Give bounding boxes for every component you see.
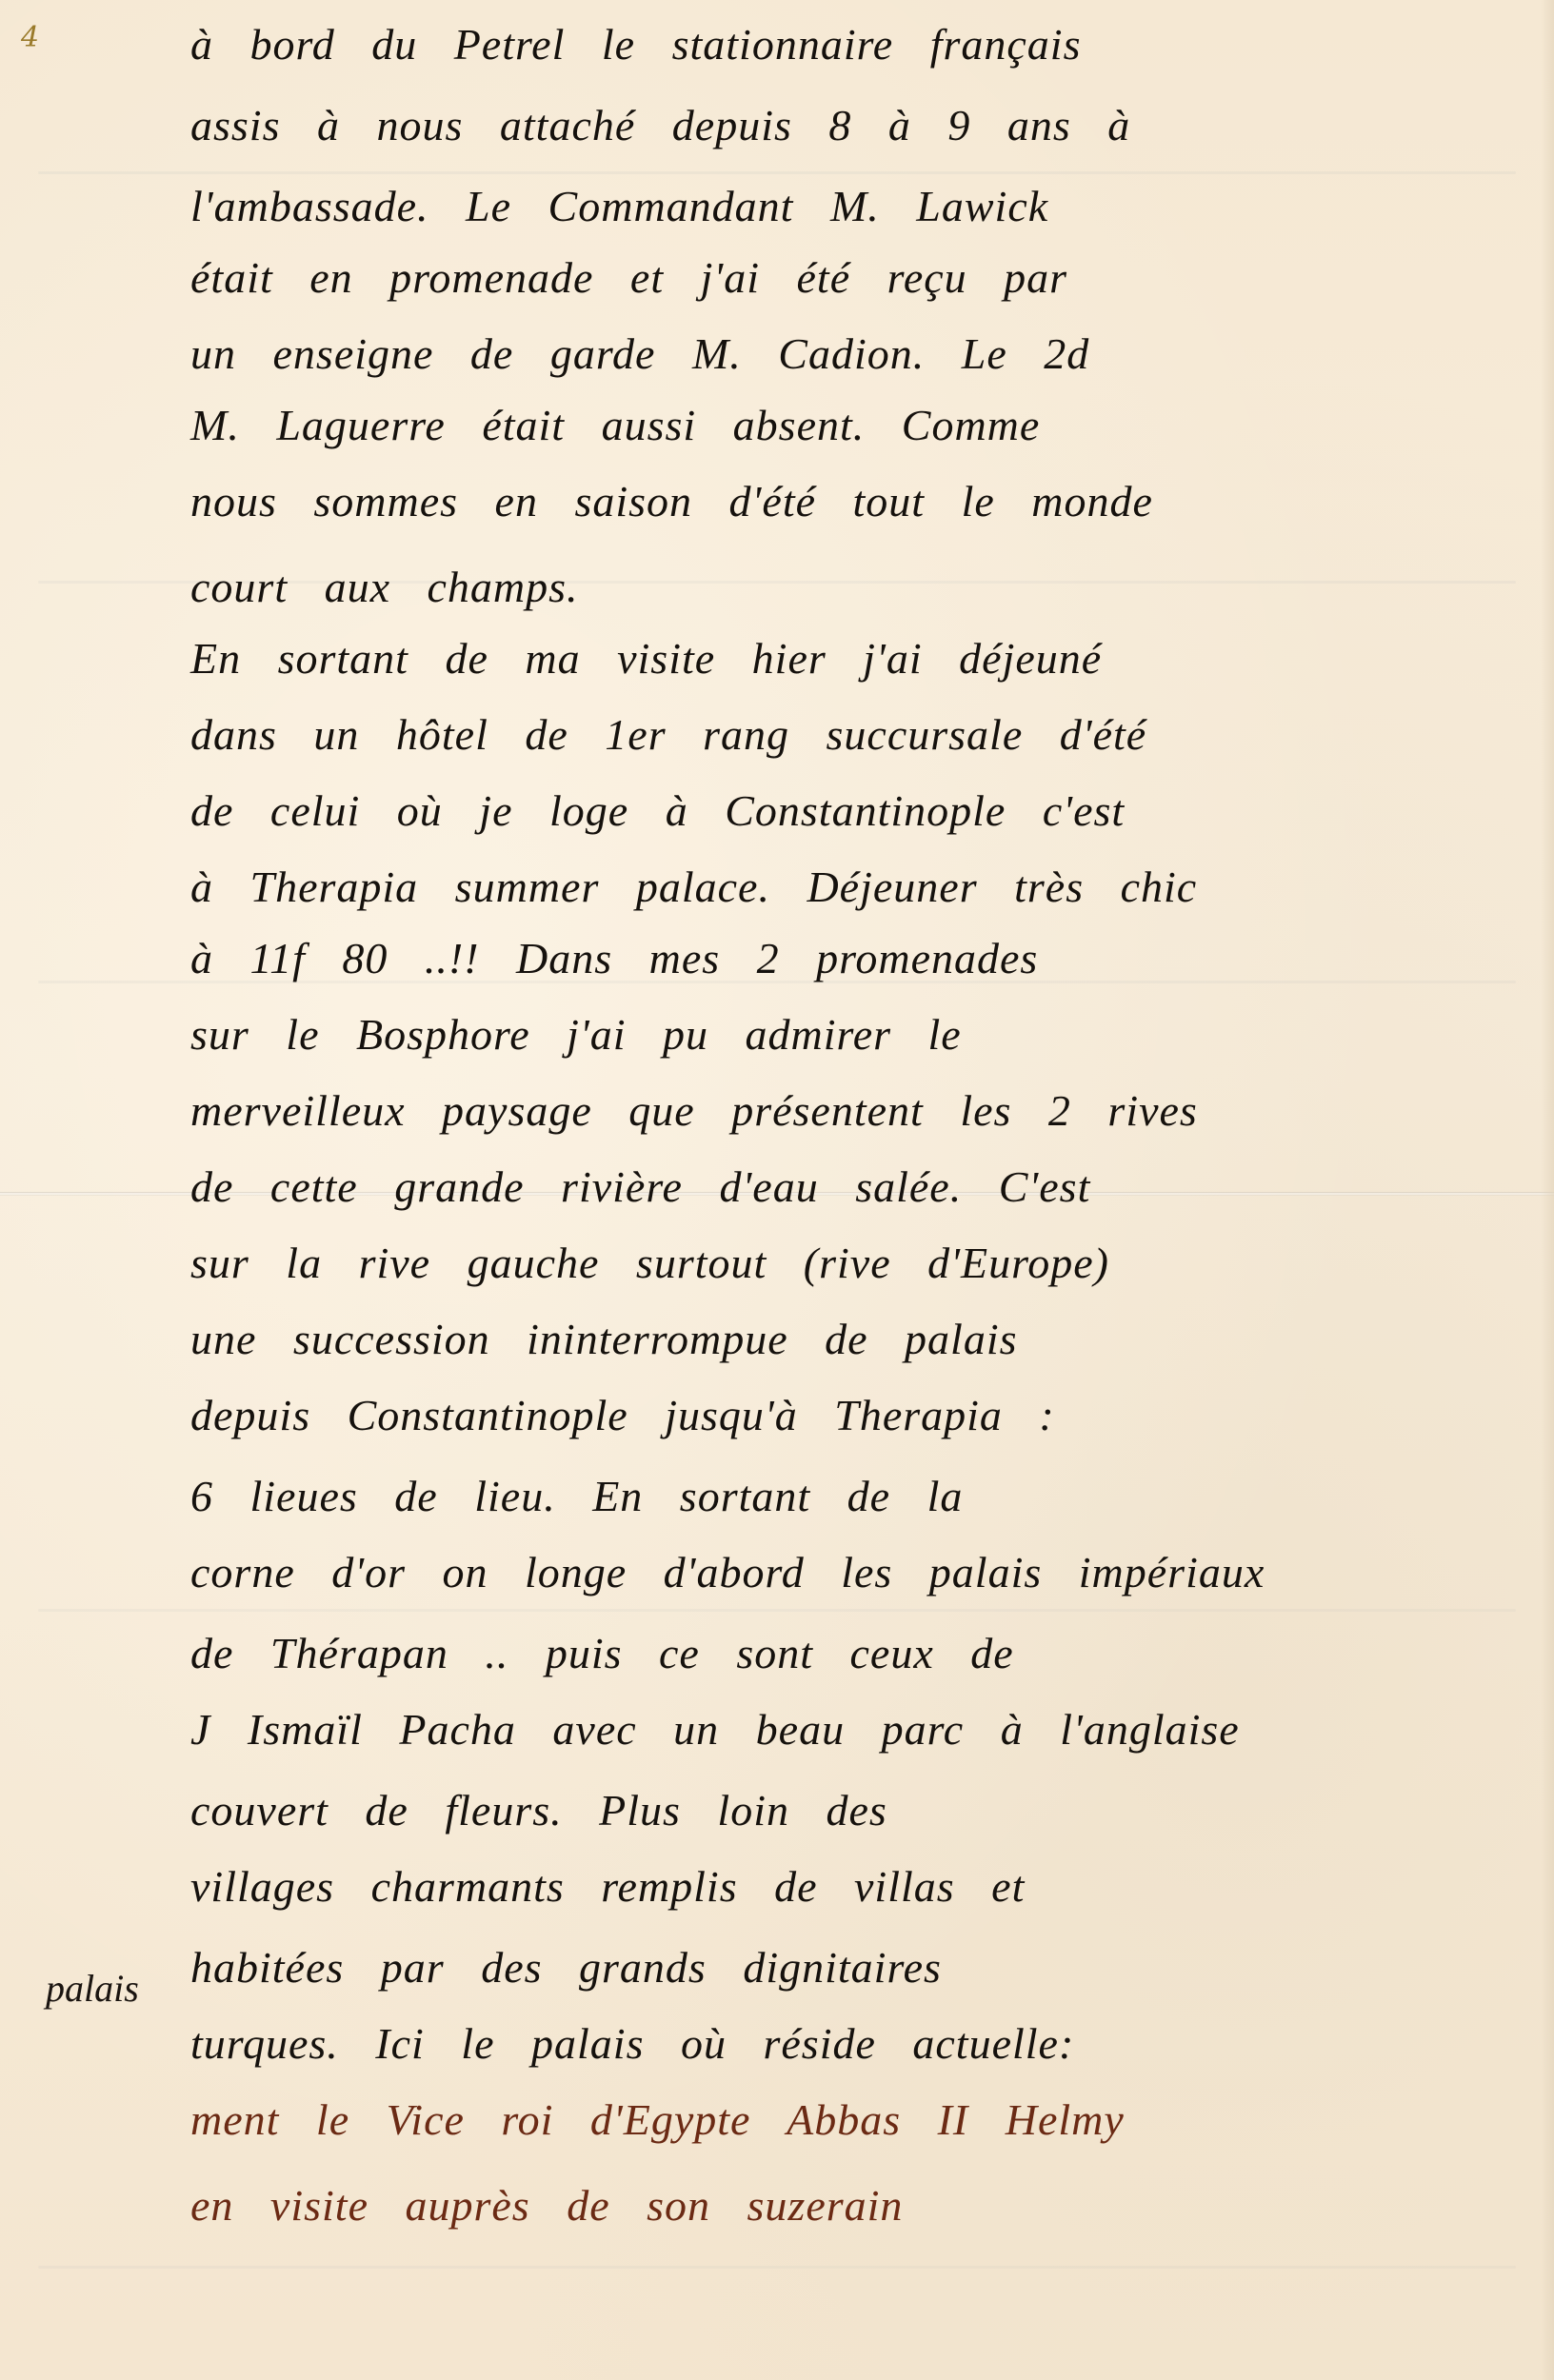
bleed-through-mark (38, 1609, 1516, 1612)
text-line: de Thérapan .. puis ce sont ceux de (190, 1628, 1014, 1678)
text-line: était en promenade et j'ai été reçu par (190, 252, 1067, 303)
text-line: de celui où je loge à Constantinople c'e… (190, 785, 1125, 836)
text-line: turques. Ici le palais où réside actuell… (190, 2018, 1074, 2069)
text-line: à Therapia summer palace. Déjeuner très … (190, 862, 1197, 912)
text-line: dans un hôtel de 1er rang succursale d'é… (190, 709, 1146, 760)
bleed-through-mark (38, 171, 1516, 174)
text-line: depuis Constantinople jusqu'à Therapia : (190, 1390, 1055, 1440)
page-number: 4 (21, 21, 39, 54)
text-line: un enseigne de garde M. Cadion. Le 2d (190, 328, 1089, 379)
text-line: couvert de fleurs. Plus loin des (190, 1785, 887, 1835)
text-line: 6 lieues de lieu. En sortant de la (190, 1471, 963, 1521)
text-line: assis à nous attaché depuis 8 à 9 ans à (190, 100, 1130, 150)
paper-edge (1541, 0, 1554, 2380)
text-line: corne d'or on longe d'abord les palais i… (190, 1547, 1265, 1597)
text-line: de cette grande rivière d'eau salée. C'e… (190, 1161, 1090, 1212)
text-line: en visite auprès de son suzerain (190, 2180, 903, 2231)
text-line: nous sommes en saison d'été tout le mond… (190, 476, 1153, 526)
text-line: une succession ininterrompue de palais (190, 1314, 1018, 1364)
text-line: à bord du Petrel le stationnaire françai… (190, 19, 1082, 69)
margin-note: palais (46, 1966, 139, 2011)
text-line: J Ismaïl Pacha avec un beau parc à l'ang… (190, 1704, 1240, 1755)
text-line: M. Laguerre était aussi absent. Comme (190, 400, 1040, 450)
text-line: sur le Bosphore j'ai pu admirer le (190, 1009, 962, 1060)
text-line: sur la rive gauche surtout (rive d'Europ… (190, 1238, 1109, 1288)
text-line: En sortant de ma visite hier j'ai déjeun… (190, 633, 1102, 684)
text-line: l'ambassade. Le Commandant M. Lawick (190, 181, 1048, 231)
bleed-through-mark (38, 2266, 1516, 2269)
text-line: merveilleux paysage que présentent les 2… (190, 1085, 1198, 1136)
text-line: ment le Vice roi d'Egypte Abbas II Helmy (190, 2094, 1125, 2145)
text-line: habitées par des grands dignitaires (190, 1942, 942, 1993)
text-line: villages charmants remplis de villas et (190, 1861, 1025, 1912)
text-line: court aux champs. (190, 562, 579, 612)
text-line: à 11f 80 ..!! Dans mes 2 promenades (190, 933, 1038, 983)
